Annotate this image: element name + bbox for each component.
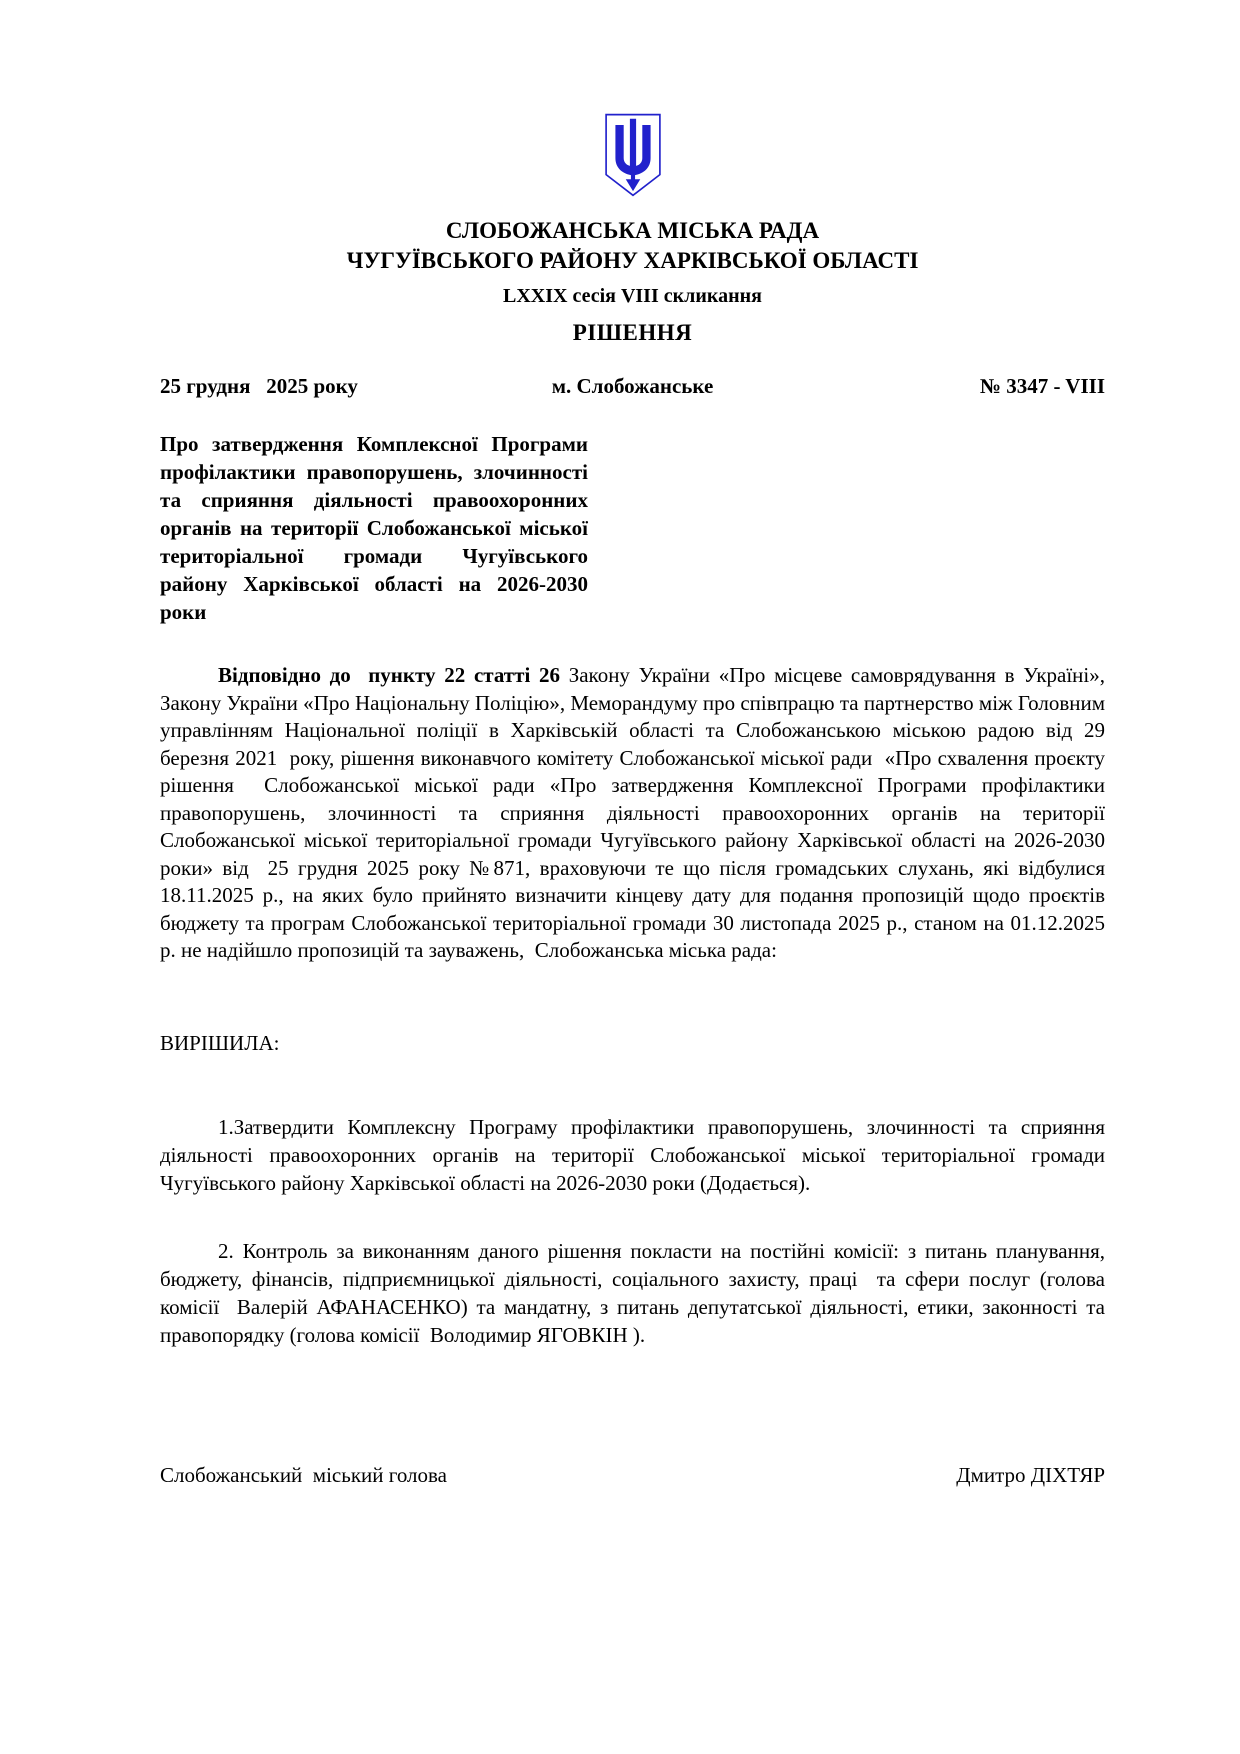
document-number: № 3347 - VIII	[713, 372, 1105, 400]
session-line: LXXIX сесія VIII скликання	[160, 283, 1105, 309]
signatory-name: Дмитро ДІХТЯР	[956, 1461, 1105, 1489]
organization-region: ЧУГУЇВСЬКОГО РАЙОНУ ХАРКІВСЬКОЇ ОБЛАСТІ	[160, 246, 1105, 276]
decision-document-page: СЛОБОЖАНСЬКА МІСЬКА РАДА ЧУГУЇВСЬКОГО РА…	[0, 0, 1240, 1754]
resolved-label: ВИРІШИЛА:	[160, 1029, 1105, 1057]
meta-row: 25 грудня 2025 року м. Слобожанське № 33…	[160, 372, 1105, 400]
emblem-container	[160, 112, 1105, 204]
signatory-position: Слобожанський міський голова	[160, 1461, 447, 1489]
document-subject: Про затвердження Комплексної Програми пр…	[160, 430, 588, 626]
preamble-body: Закону України «Про місцеве самоврядуван…	[160, 663, 1110, 962]
document-type-title: РІШЕННЯ	[160, 318, 1105, 348]
preamble-lead: Відповідно до пункту 22 статті 26	[218, 663, 560, 687]
document-place: м. Слобожанське	[552, 372, 714, 400]
document-date: 25 грудня 2025 року	[160, 372, 552, 400]
ukraine-trident-emblem	[603, 112, 663, 200]
organization-name: СЛОБОЖАНСЬКА МІСЬКА РАДА	[160, 216, 1105, 246]
resolution-item-2: 2. Контроль за виконанням даного рішення…	[160, 1237, 1105, 1349]
signature-row: Слобожанський міський голова Дмитро ДІХТ…	[160, 1461, 1105, 1489]
preamble-paragraph: Відповідно до пункту 22 статті 26 Закону…	[160, 662, 1105, 965]
resolution-item-1: 1.Затвердити Комплексну Програму профіла…	[160, 1113, 1105, 1197]
